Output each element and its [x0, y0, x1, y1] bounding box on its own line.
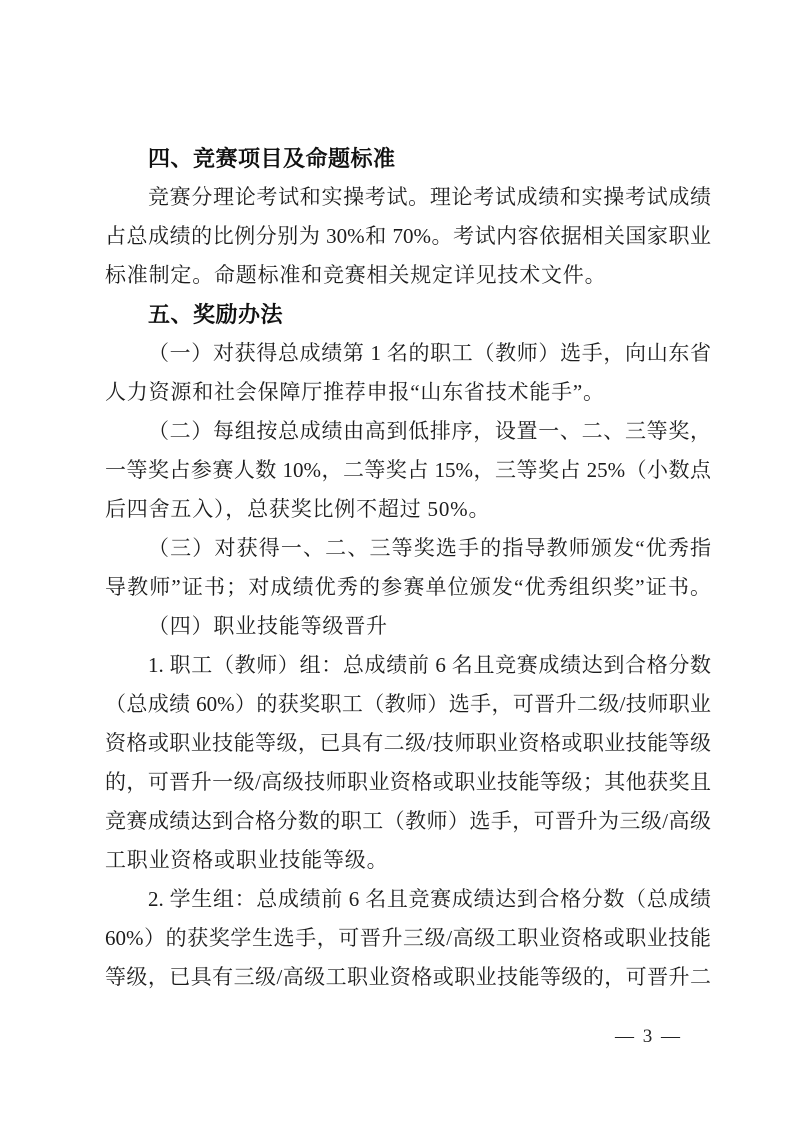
body-line: 的，可晋升一级/高级技师职业资格或职业技能等级；其他获奖且	[105, 763, 711, 802]
body-line: 1. 职工（教师）组：总成绩前 6 名且竞赛成绩达到合格分数	[105, 646, 711, 685]
section-heading-5: 五、奖励办法	[105, 295, 711, 334]
body-line: （四）职业技能等级晋升	[105, 607, 711, 646]
body-line: （二）每组按总成绩由高到低排序，设置一、二、三等奖，	[105, 412, 711, 451]
body-line: （一）对获得总成绩第 1 名的职工（教师）选手，向山东省	[105, 334, 711, 373]
document-page: 四、竞赛项目及命题标准 竞赛分理论考试和实操考试。理论考试成绩和实操考试成绩 占…	[0, 0, 800, 1131]
body-line: 等级，已具有三级/高级工职业资格或职业技能等级的，可晋升二	[105, 958, 711, 997]
body-line: 竞赛成绩达到合格分数的职工（教师）选手，可晋升为三级/高级	[105, 802, 711, 841]
body-line: 标准制定。命题标准和竞赛相关规定详见技术文件。	[105, 256, 711, 295]
body-line: 后四舍五入），总获奖比例不超过 50%。	[105, 490, 711, 529]
body-line: 竞赛分理论考试和实操考试。理论考试成绩和实操考试成绩	[105, 178, 711, 217]
section-heading-4: 四、竞赛项目及命题标准	[105, 139, 711, 178]
body-line: （三）对获得一、二、三等奖选手的指导教师颁发“优秀指	[105, 529, 711, 568]
document-body: 四、竞赛项目及命题标准 竞赛分理论考试和实操考试。理论考试成绩和实操考试成绩 占…	[105, 139, 711, 997]
body-line: 导教师”证书；对成绩优秀的参赛单位颁发“优秀组织奖”证书。	[105, 568, 711, 607]
body-line: 人力资源和社会保障厅推荐申报“山东省技术能手”。	[105, 373, 711, 412]
body-line: 2. 学生组：总成绩前 6 名且竞赛成绩达到合格分数（总成绩	[105, 880, 711, 919]
body-line: 占总成绩的比例分别为 30%和 70%。考试内容依据相关国家职业	[105, 217, 711, 256]
body-line: （总成绩 60%）的获奖职工（教师）选手，可晋升二级/技师职业	[105, 685, 711, 724]
page-number: — 3 —	[615, 1026, 682, 1048]
body-line: 60%）的获奖学生选手，可晋升三级/高级工职业资格或职业技能	[105, 919, 711, 958]
body-line: 工职业资格或职业技能等级。	[105, 841, 711, 880]
body-line: 一等奖占参赛人数 10%，二等奖占 15%，三等奖占 25%（小数点	[105, 451, 711, 490]
body-line: 资格或职业技能等级，已具有二级/技师职业资格或职业技能等级	[105, 724, 711, 763]
